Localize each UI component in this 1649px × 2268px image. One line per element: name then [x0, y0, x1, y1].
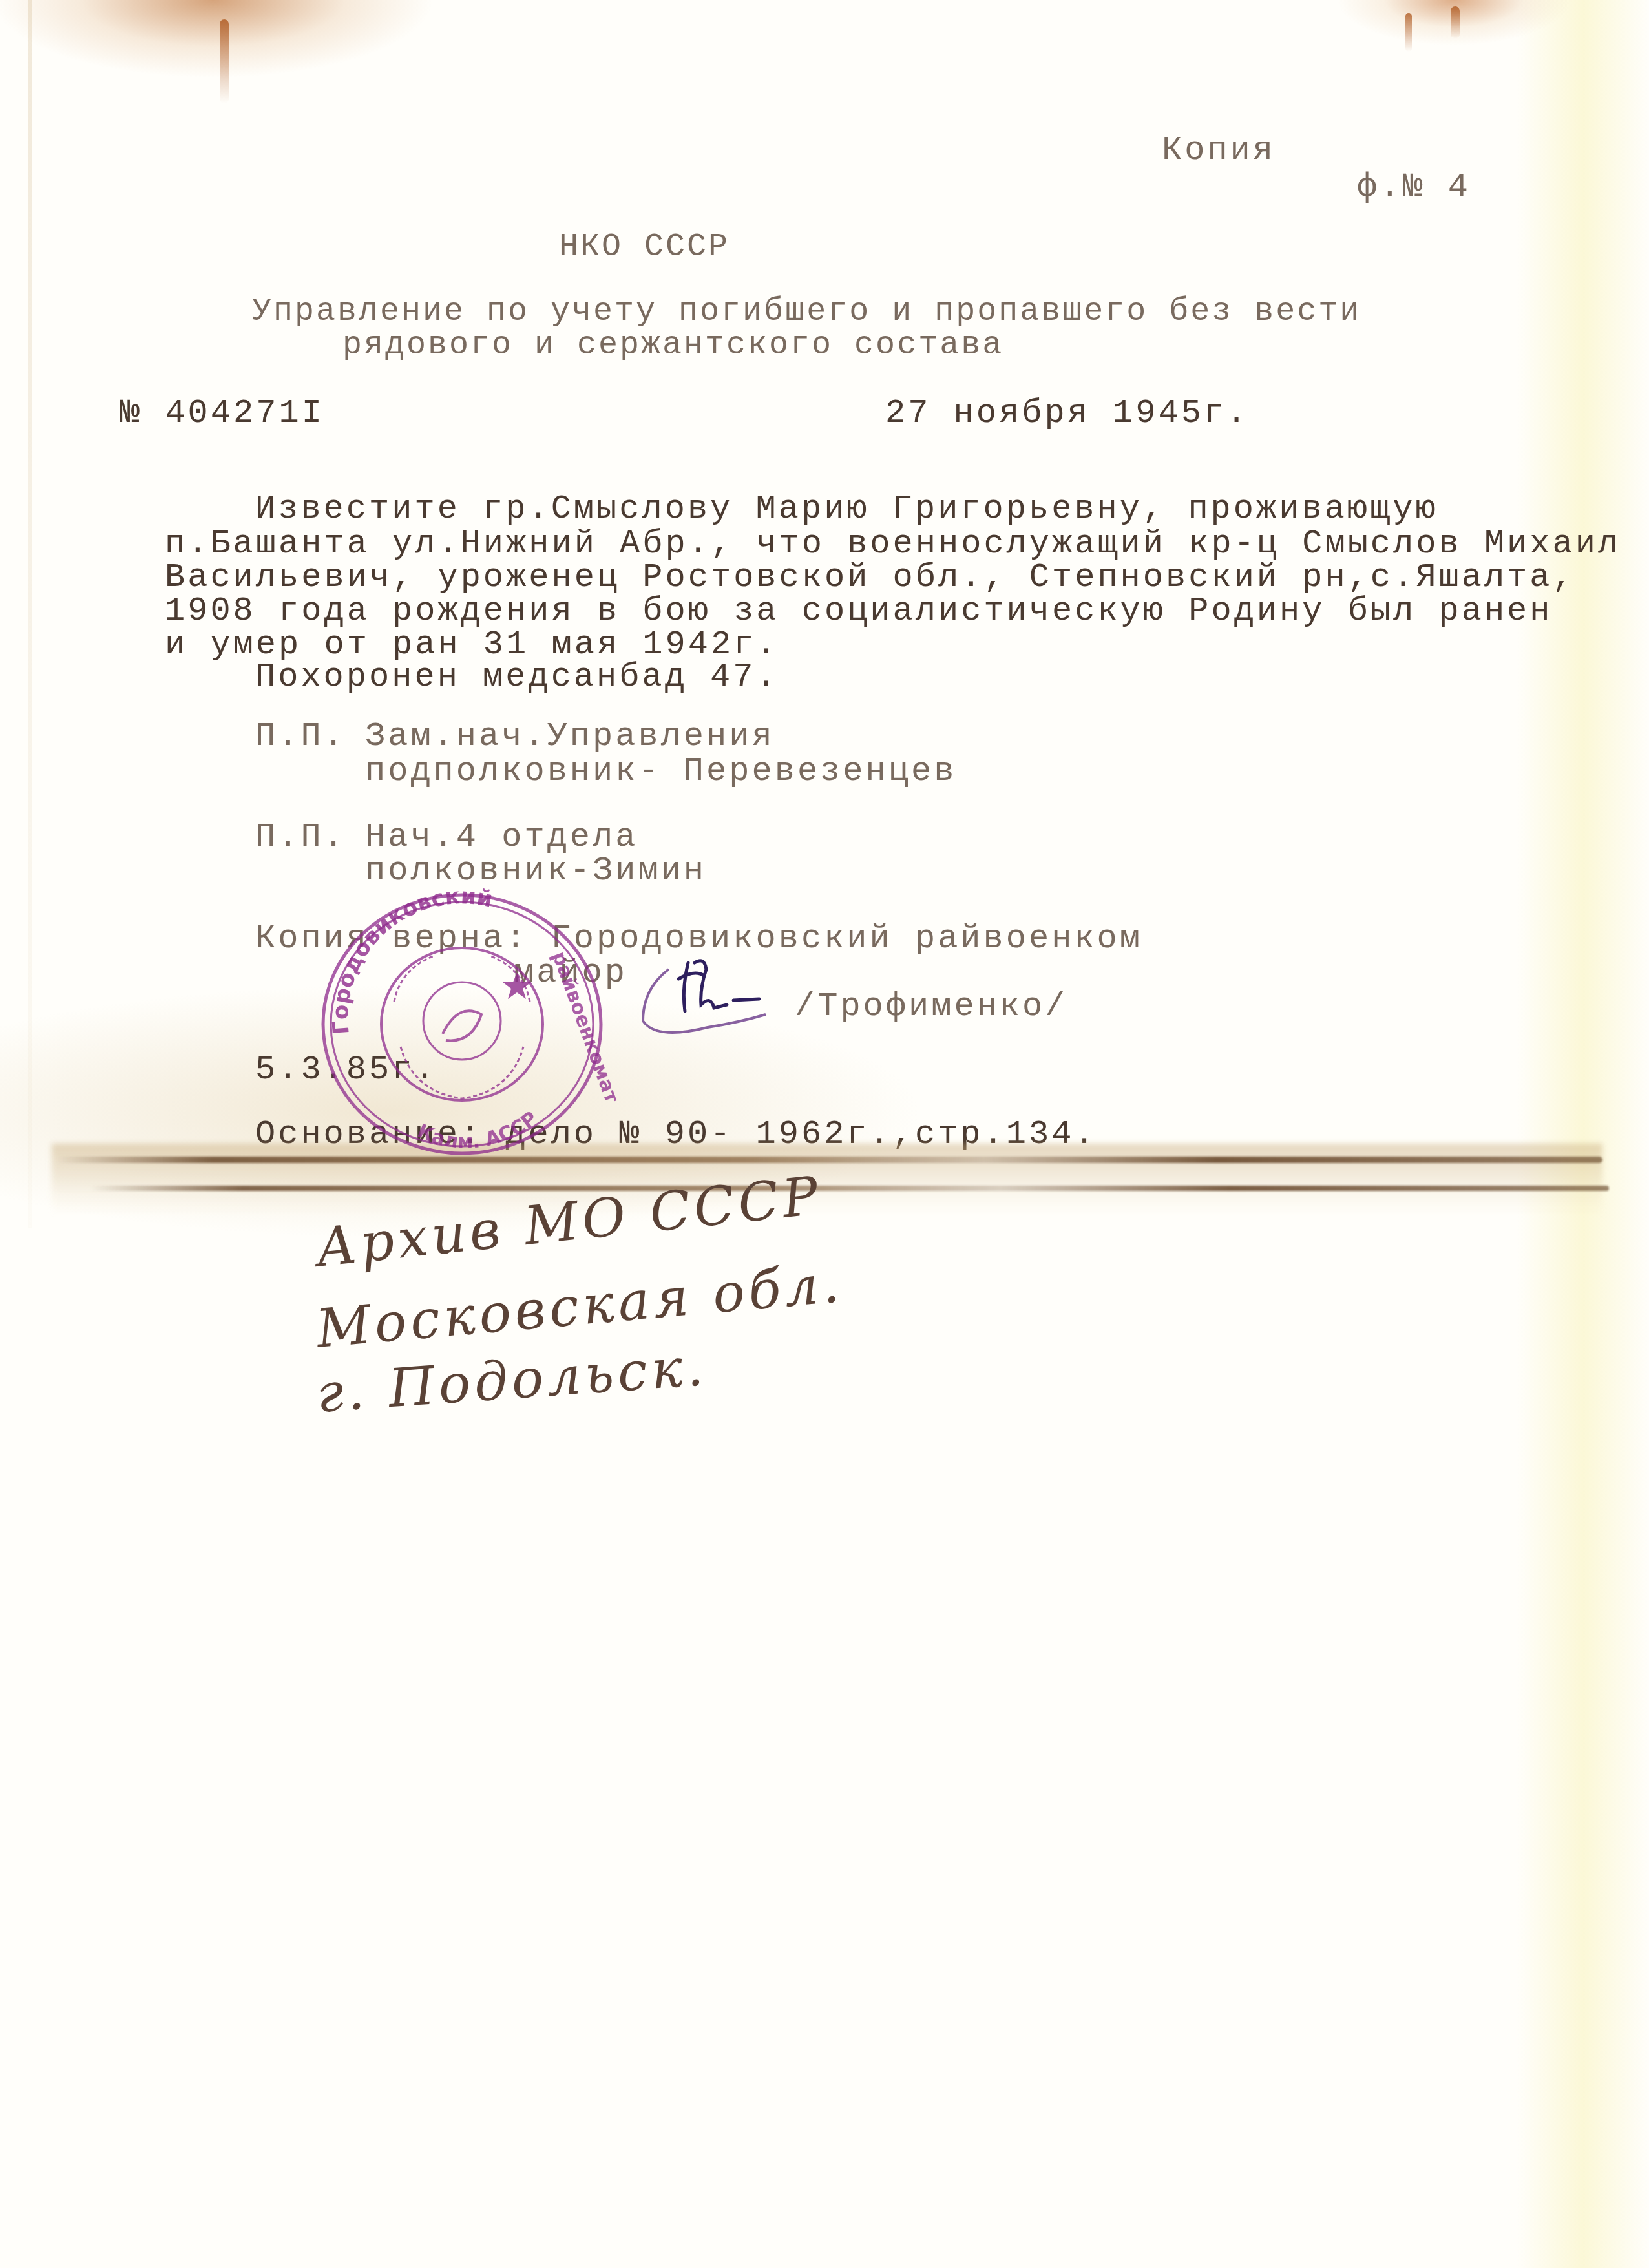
document-date: 27 ноября 1945г.	[885, 395, 1249, 432]
fold-shading	[52, 1144, 1602, 1215]
body-line-2: п.Башанта ул.Нижний Абр., что военнослуж…	[165, 526, 1621, 562]
stamp-bottom-text: Калм. АССР	[414, 1108, 542, 1153]
body-line-6: Похоронен медсанбад 47.	[255, 659, 779, 695]
svg-text:райвоенкомат: райвоенкомат	[547, 949, 620, 1106]
body-line-3: Васильевич, уроженец Ростовской обл., Ст…	[165, 560, 1575, 596]
body-line-4: 1908 года рождения в бою за социалистиче…	[165, 593, 1553, 629]
department-line-2: рядового и сержантского состава	[342, 328, 1003, 364]
certification-name: /Трофименко/	[795, 989, 1067, 1025]
reference-number: № 404271I	[120, 395, 324, 432]
signature-1-position: Зам.нач.Управления	[365, 719, 775, 755]
stamp-right-text: райвоенкомат	[547, 949, 620, 1106]
military-commissariat-stamp: Городовиковский райвоенкомат Калм. АССР	[304, 885, 620, 1163]
signature-1-rank-name: подполковник- Перевезенцев	[365, 753, 956, 790]
paper-edge-shadow	[28, 0, 32, 1228]
handwritten-signature	[630, 950, 779, 1040]
svg-text:Городовиковский: Городовиковский	[328, 885, 495, 1036]
copy-label: Копия	[1162, 132, 1276, 169]
org-heading: НКО СССР	[559, 229, 730, 266]
signature-2-rank-name: полковник-Зимин	[365, 853, 706, 889]
rust-stain-drip	[1405, 13, 1412, 52]
form-number: ф.№ 4	[1357, 169, 1471, 205]
department-line-1: Управление по учету погибшего и пропавше…	[252, 294, 1361, 330]
rust-stain-drip	[220, 19, 229, 103]
stamp-top-text: Городовиковский	[328, 885, 495, 1036]
svg-text:Калм. АССР: Калм. АССР	[414, 1108, 542, 1153]
signature-2-position: Нач.4 отдела	[365, 819, 638, 856]
signature-2-prefix: П.П.	[255, 819, 346, 856]
rust-stain-drip	[1451, 6, 1460, 39]
paper-fold-crease	[58, 1157, 1602, 1163]
paper-fold-crease	[90, 1186, 1609, 1191]
signature-1-prefix: П.П.	[255, 719, 346, 755]
body-line-1: Известите гр.Смыслову Марию Григорьевну,…	[255, 491, 1438, 527]
